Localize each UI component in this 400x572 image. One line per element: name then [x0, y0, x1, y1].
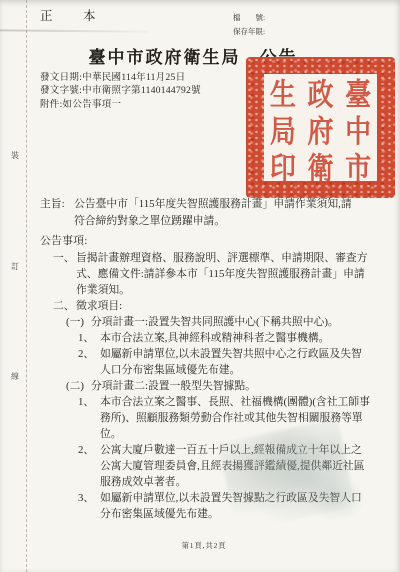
announcement-item: 2、公寓大廈戶數達一百五十戶以上,經報備成立十年以上之公寓大廈管理委員會,且經表…	[78, 442, 370, 490]
seal-text-grid: 生政臺局府中印衛市	[264, 74, 377, 181]
announcement-items-heading: 公告事項:	[40, 233, 370, 250]
subject-label: 主旨:	[40, 196, 74, 230]
item-text: 徵求項目:	[76, 298, 370, 314]
announcement-item: 1、本市合法立案,具神經科或精神科者之醫事機構。	[78, 330, 370, 346]
meta-label: 發文字號:	[40, 86, 82, 96]
meta-value: 如公告事項一	[63, 100, 122, 110]
binding-mark: 訂	[11, 261, 19, 272]
item-text: 本市合法立案之醫事、長照、社福機構(團體)(含社工師事務所)、照顧服務類勞動合作…	[100, 394, 370, 442]
seal-character: 印	[264, 145, 302, 189]
seal-character: 市	[339, 145, 377, 189]
item-number: (二)	[66, 378, 91, 394]
official-document-page: 裝訂線 正 本 檔 號: 保存年限: 臺中市政府衛生局 公告 發文日期:中華民國…	[0, 0, 400, 572]
item-number: 一、	[53, 250, 76, 266]
meta-label: 發文日期:	[40, 73, 82, 83]
announcement-items-list: 一、旨揭計畫辦理資格、服務說明、評選標準、申請期限、審查方式、應備文件:請詳參本…	[40, 250, 370, 522]
subject-section: 主旨: 公告臺中市「115年度失智照護服務計畫」申請作業須知,請符合締約對象之單…	[40, 196, 370, 230]
retention-period-label: 保存年限:	[233, 25, 265, 39]
announcement-item: 二、徵求項目:	[53, 298, 370, 314]
page-number-footer: 第1頁,共2頁	[0, 540, 400, 551]
item-number: 1、	[78, 394, 100, 410]
binding-marks: 裝訂線	[11, 150, 19, 382]
binding-mark: 裝	[11, 150, 19, 161]
item-text: 本市合法立案,具神經科或精神科者之醫事機構。	[100, 330, 370, 346]
copy-type-label: 正 本	[40, 6, 105, 24]
meta-line: 發文字號:中市衛照字第1140144792號	[40, 85, 201, 98]
announcement-item: 1、本市合法立案之醫事、長照、社福機構(團體)(含社工師事務所)、照顧服務類勞動…	[78, 394, 370, 442]
subject-text: 公告臺中市「115年度失智照護服務計畫」申請作業須知,請符合締約對象之單位踴躍申…	[74, 196, 354, 230]
binding-mark: 線	[11, 371, 19, 382]
item-text: 旨揭計畫辦理資格、服務說明、評選標準、申請期限、審查方式、應備文件:請詳參本市「…	[76, 250, 370, 298]
item-text: 公寓大廈戶數達一百五十戶以上,經報備成立十年以上之公寓大廈管理委員會,且經表揚獲…	[100, 442, 370, 490]
item-number: 二、	[53, 298, 76, 314]
announcement-item: 3、如屬新申請單位,以未設置失智據點之行政區及失智人口分布密集區域優先布建。	[78, 490, 370, 522]
binding-line	[26, 0, 27, 572]
item-text: 如屬新申請單位,以未設置失智共照中心之行政區及失智人口分布密集區域優先布建。	[100, 346, 370, 378]
file-number-label: 檔 號:	[233, 11, 265, 25]
meta-value: 中市衛照字第1140144792號	[82, 86, 201, 96]
official-red-seal: 生政臺局府中印衛市	[246, 57, 395, 198]
meta-line: 發文日期:中華民國114年11月25日	[40, 72, 201, 85]
meta-line: 附件:如公告事項一	[40, 99, 201, 112]
item-number: 2、	[78, 346, 100, 362]
item-text: 如屬新申請單位,以未設置失智據點之行政區及失智人口分布密集區域優先布建。	[100, 490, 370, 522]
announcement-item: 一、旨揭計畫辦理資格、服務說明、評選標準、申請期限、審查方式、應備文件:請詳參本…	[53, 250, 370, 298]
archive-info-block: 檔 號: 保存年限:	[233, 11, 265, 39]
item-number: 2、	[78, 442, 100, 458]
announcement-body: 主旨: 公告臺中市「115年度失智照護服務計畫」申請作業須知,請符合締約對象之單…	[40, 196, 370, 522]
seal-character: 衛	[302, 145, 340, 189]
scan-smudge-artifact	[0, 29, 148, 32]
item-number: 3、	[78, 490, 100, 506]
announcement-item: (二)分項計畫二:設置一般型失智據點。	[66, 378, 370, 394]
item-number: (一)	[66, 314, 91, 330]
meta-value: 中華民國114年11月25日	[82, 73, 185, 83]
document-meta-block: 發文日期:中華民國114年11月25日發文字號:中市衛照字第1140144792…	[40, 72, 201, 112]
announcement-item: 2、如屬新申請單位,以未設置失智共照中心之行政區及失智人口分布密集區域優先布建。	[78, 346, 370, 378]
item-text: 分項計畫二:設置一般型失智據點。	[91, 378, 370, 394]
item-text: 分項計畫一:設置失智共同照護中心(下稱共照中心)。	[91, 314, 370, 330]
item-number: 1、	[78, 330, 100, 346]
announcement-item: (一)分項計畫一:設置失智共同照護中心(下稱共照中心)。	[66, 314, 370, 330]
meta-label: 附件:	[40, 100, 63, 110]
